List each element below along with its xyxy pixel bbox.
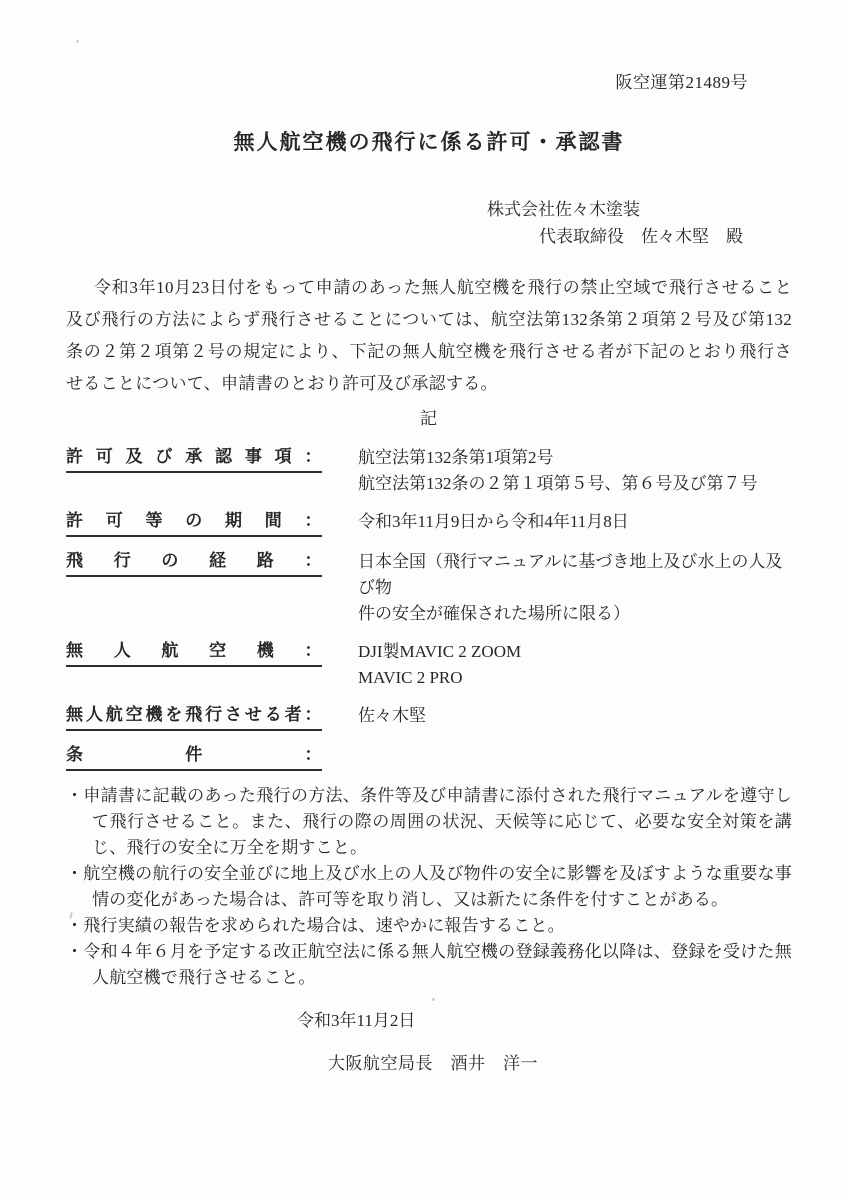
- field-value-line: 航空法第132条の２第１項第５号、第６号及び第７号: [358, 471, 792, 497]
- condition-text: 航空機の航行の安全並びに地上及び水上の人及び物件の安全に影響を及ぼすような重要な…: [83, 864, 792, 909]
- field-label: 無人航空機：: [66, 639, 322, 667]
- field-label: 無人航空機を飛行させる者：: [66, 703, 322, 731]
- field-value-line: 航空法第132条第1項第2号: [358, 445, 792, 471]
- conditions-list: ・申請書に記載のあった飛行の方法、条件等及び申請書に添付された飛行マニュアルを遵…: [66, 783, 792, 991]
- signer-name: 大阪航空局長 酒井 洋一: [328, 1050, 792, 1077]
- addressee-company: 株式会社佐々木塗装: [487, 196, 792, 223]
- field-values: 航空法第132条第1項第2号航空法第132条の２第１項第５号、第６号及び第７号: [358, 445, 792, 497]
- scan-speck: [432, 998, 435, 1001]
- body-paragraph: 令和3年10月23日付をもって申請のあった無人航空機を飛行の禁止空域で飛行させる…: [66, 272, 792, 400]
- field-value-line: 令和3年11月9日から令和4年11月8日: [358, 509, 792, 535]
- scan-speck: [76, 40, 79, 43]
- fields-list: 許可及び承認事項： 航空法第132条第1項第2号航空法第132条の２第１項第５号…: [66, 445, 792, 771]
- addressee-person: 代表取締役 佐々木堅 殿: [487, 223, 792, 250]
- field-value-line: DJI製MAVIC 2 ZOOM: [358, 639, 792, 665]
- field-label: 飛行の経路：: [66, 549, 322, 577]
- field-row: 条件：: [66, 743, 792, 771]
- condition-item: ・航空機の航行の安全並びに地上及び水上の人及び物件の安全に影響を及ぼすような重要…: [66, 861, 792, 913]
- record-marker: 記: [66, 404, 792, 429]
- bullet-marker: ・: [66, 786, 83, 805]
- issue-date: 令和3年11月2日: [297, 1007, 792, 1034]
- field-values: 佐々木堅: [358, 703, 792, 729]
- field-value-line: MAVIC 2 PRO: [358, 665, 792, 691]
- field-values: 令和3年11月9日から令和4年11月8日: [358, 509, 792, 535]
- bullet-marker: ・: [66, 916, 83, 935]
- field-value-line: 佐々木堅: [358, 703, 792, 729]
- field-values: 日本全国（飛行マニュアルに基づき地上及び水上の人及び物件の安全が確保された場所に…: [358, 549, 792, 627]
- field-value-line: 日本全国（飛行マニュアルに基づき地上及び水上の人及び物: [358, 549, 792, 601]
- field-row: 無人航空機を飛行させる者： 佐々木堅: [66, 703, 792, 731]
- field-row: 許可等の期間： 令和3年11月9日から令和4年11月8日: [66, 509, 792, 537]
- condition-text: 令和４年６月を予定する改正航空法に係る無人航空機の登録義務化以降は、登録を受けた…: [83, 942, 792, 987]
- field-label: 許可等の期間：: [66, 509, 322, 537]
- bullet-marker: ・: [66, 864, 83, 883]
- field-label: 条件：: [66, 743, 322, 771]
- field-values: DJI製MAVIC 2 ZOOMMAVIC 2 PRO: [358, 639, 792, 691]
- document-page: 阪空運第21489号 無人航空機の飛行に係る許可・承認書 株式会社佐々木塗装 代…: [0, 0, 848, 1200]
- condition-item: ・飛行実績の報告を求められた場合は、速やかに報告すること。: [66, 913, 792, 939]
- condition-item: ・令和４年６月を予定する改正航空法に係る無人航空機の登録義務化以降は、登録を受け…: [66, 939, 792, 991]
- field-row: 無人航空機： DJI製MAVIC 2 ZOOMMAVIC 2 PRO: [66, 639, 792, 691]
- doc-number: 阪空運第21489号: [66, 72, 792, 94]
- field-row: 許可及び承認事項： 航空法第132条第1項第2号航空法第132条の２第１項第５号…: [66, 445, 792, 497]
- bullet-marker: ・: [66, 942, 83, 961]
- addressee-block: 株式会社佐々木塗装 代表取締役 佐々木堅 殿: [487, 196, 792, 250]
- field-row: 飛行の経路： 日本全国（飛行マニュアルに基づき地上及び水上の人及び物件の安全が確…: [66, 549, 792, 627]
- condition-text: 飛行実績の報告を求められた場合は、速やかに報告すること。: [83, 916, 565, 935]
- field-value-line: 件の安全が確保された場所に限る）: [358, 601, 792, 627]
- condition-text: 申請書に記載のあった飛行の方法、条件等及び申請書に添付された飛行マニュアルを遵守…: [83, 786, 792, 857]
- field-label: 許可及び承認事項：: [66, 445, 322, 473]
- page-title: 無人航空機の飛行に係る許可・承認書: [66, 128, 792, 156]
- condition-item: ・申請書に記載のあった飛行の方法、条件等及び申請書に添付された飛行マニュアルを遵…: [66, 783, 792, 861]
